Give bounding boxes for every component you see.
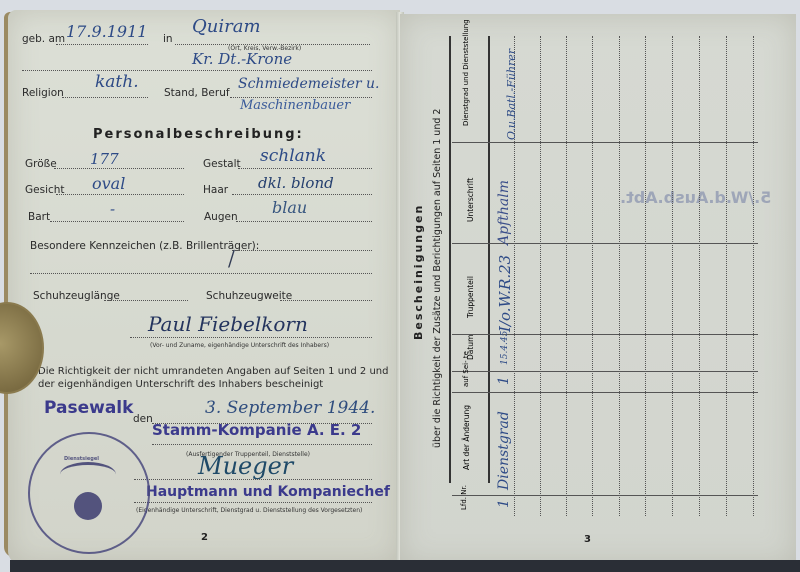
entry-col-4	[592, 36, 593, 516]
page-number-left: 2	[201, 532, 208, 543]
right-page	[400, 14, 796, 565]
certifications-title: Bescheinigungen	[412, 204, 425, 340]
birth-place-value: Quiram	[192, 16, 261, 37]
build-line	[238, 168, 372, 169]
col-header-truppenteil: Truppenteil	[466, 276, 475, 318]
height-line	[54, 168, 184, 169]
row-1-nr: 1	[496, 499, 512, 508]
seal-label: Dienstsiegel	[64, 456, 99, 462]
certifications-subtitle: über die Richtigkeit der Zusätze und Ber…	[432, 109, 443, 448]
row-1-art: Dienstgrad	[496, 411, 512, 490]
wreath-emblem-icon	[74, 492, 102, 520]
holder-signature-line	[130, 337, 372, 338]
issue-date-value: 3. September 1944.	[205, 398, 375, 418]
unit-stamp: Stamm-Kompanie A. E. 2	[152, 421, 361, 439]
official-seal-stamp: Dienstsiegel	[28, 432, 150, 554]
build-label: Gestalt	[203, 158, 241, 170]
eyes-value: blau	[272, 198, 307, 217]
certification-line-1: Die Richtigkeit der nicht umrandeten Ang…	[38, 366, 388, 377]
certification-line-2: der eigenhändigen Unterschrift des Inhab…	[38, 379, 323, 390]
entry-col-8	[699, 36, 700, 516]
officer-signature: Mueger	[198, 452, 293, 480]
entry-col-9	[726, 36, 727, 516]
birth-date-line	[56, 44, 148, 45]
hair-line	[232, 194, 372, 195]
officer-rank-line	[134, 502, 372, 503]
religion-value: kath.	[95, 72, 139, 92]
beard-line	[50, 221, 184, 222]
row-divider-4	[452, 371, 758, 372]
page-number-right: 3	[584, 534, 591, 545]
entry-col-2	[540, 36, 541, 516]
beard-value: -	[110, 200, 115, 218]
eagle-emblem-icon	[60, 462, 116, 487]
row-1-dienstgrad: O.u.Batl.-Führer	[505, 49, 518, 140]
date-den-label: den	[133, 413, 153, 425]
occupation-value-1: Schmiedemeister u.	[238, 76, 379, 92]
hair-label: Haar	[203, 184, 228, 196]
row-1-datum: 15.4.45	[500, 331, 510, 365]
shoe-length-line	[104, 300, 188, 301]
height-label: Größe	[25, 158, 57, 170]
district-line	[22, 70, 372, 71]
birth-place-label: in	[163, 33, 173, 45]
row-1-unterschrift: Apfthalm	[496, 180, 512, 245]
table-surface-edge	[10, 560, 800, 572]
occupation-value-2: Maschinenbauer	[240, 98, 350, 113]
shoe-width-line	[280, 300, 372, 301]
holder-signature: Paul Fiebelkorn	[148, 312, 308, 336]
height-value: 177	[90, 150, 119, 168]
face-value: oval	[92, 174, 125, 193]
col-header-nr: Lfd. Nr.	[460, 485, 468, 510]
row-divider-5	[452, 392, 758, 393]
beard-label: Bart	[28, 211, 50, 223]
hair-value: dkl. blond	[258, 174, 334, 192]
eyes-line	[236, 221, 372, 222]
table-left-border	[449, 36, 451, 483]
special-marks-line	[232, 250, 372, 251]
birth-district-value: Kr. Dt.-Krone	[192, 50, 292, 68]
unit-line	[152, 444, 372, 445]
birth-date-value: 17.9.1911	[66, 22, 147, 41]
row-1-truppenteil: I/o.W.R.23	[496, 255, 514, 332]
religion-line	[62, 97, 148, 98]
occupation-label: Stand, Beruf	[164, 87, 230, 99]
entry-col-7	[672, 36, 673, 516]
col-header-art: Art der Änderung	[462, 405, 471, 470]
bleed-through-stamp: 5./W.d.Ausb.Abt.	[620, 188, 771, 207]
col-header-datum: Datum	[466, 335, 475, 360]
row-divider-3	[452, 334, 758, 335]
officer-caption: (Eigenhändige Unterschrift, Dienstgrad u…	[136, 507, 362, 514]
officer-signature-line	[134, 479, 372, 480]
table-header-border	[488, 36, 490, 483]
col-header-unterschrift: Unterschrift	[466, 178, 475, 222]
row-1-seite: 1	[496, 376, 512, 385]
row-divider-1	[452, 142, 758, 143]
face-line	[56, 194, 184, 195]
row-divider-6	[452, 495, 758, 496]
issuing-place-stamp: Pasewalk	[44, 398, 133, 418]
build-value: schlank	[260, 146, 326, 166]
special-marks-line-2	[30, 273, 372, 274]
entry-col-3	[566, 36, 567, 516]
eyes-label: Augen	[204, 211, 238, 223]
holder-signature-caption: (Vor- und Zuname, eigenhändige Unterschr…	[150, 342, 329, 349]
entry-col-5	[619, 36, 620, 516]
entry-col-6	[645, 36, 646, 516]
officer-rank-stamp: Hauptmann und Kompaniechef	[146, 484, 390, 500]
religion-label: Religion	[22, 87, 64, 99]
col-header-dienstgrad: Dienstgrad und Dienststellung	[462, 19, 470, 126]
entry-col-10	[753, 36, 754, 516]
personal-description-heading: Personalbeschreibung:	[93, 127, 304, 142]
